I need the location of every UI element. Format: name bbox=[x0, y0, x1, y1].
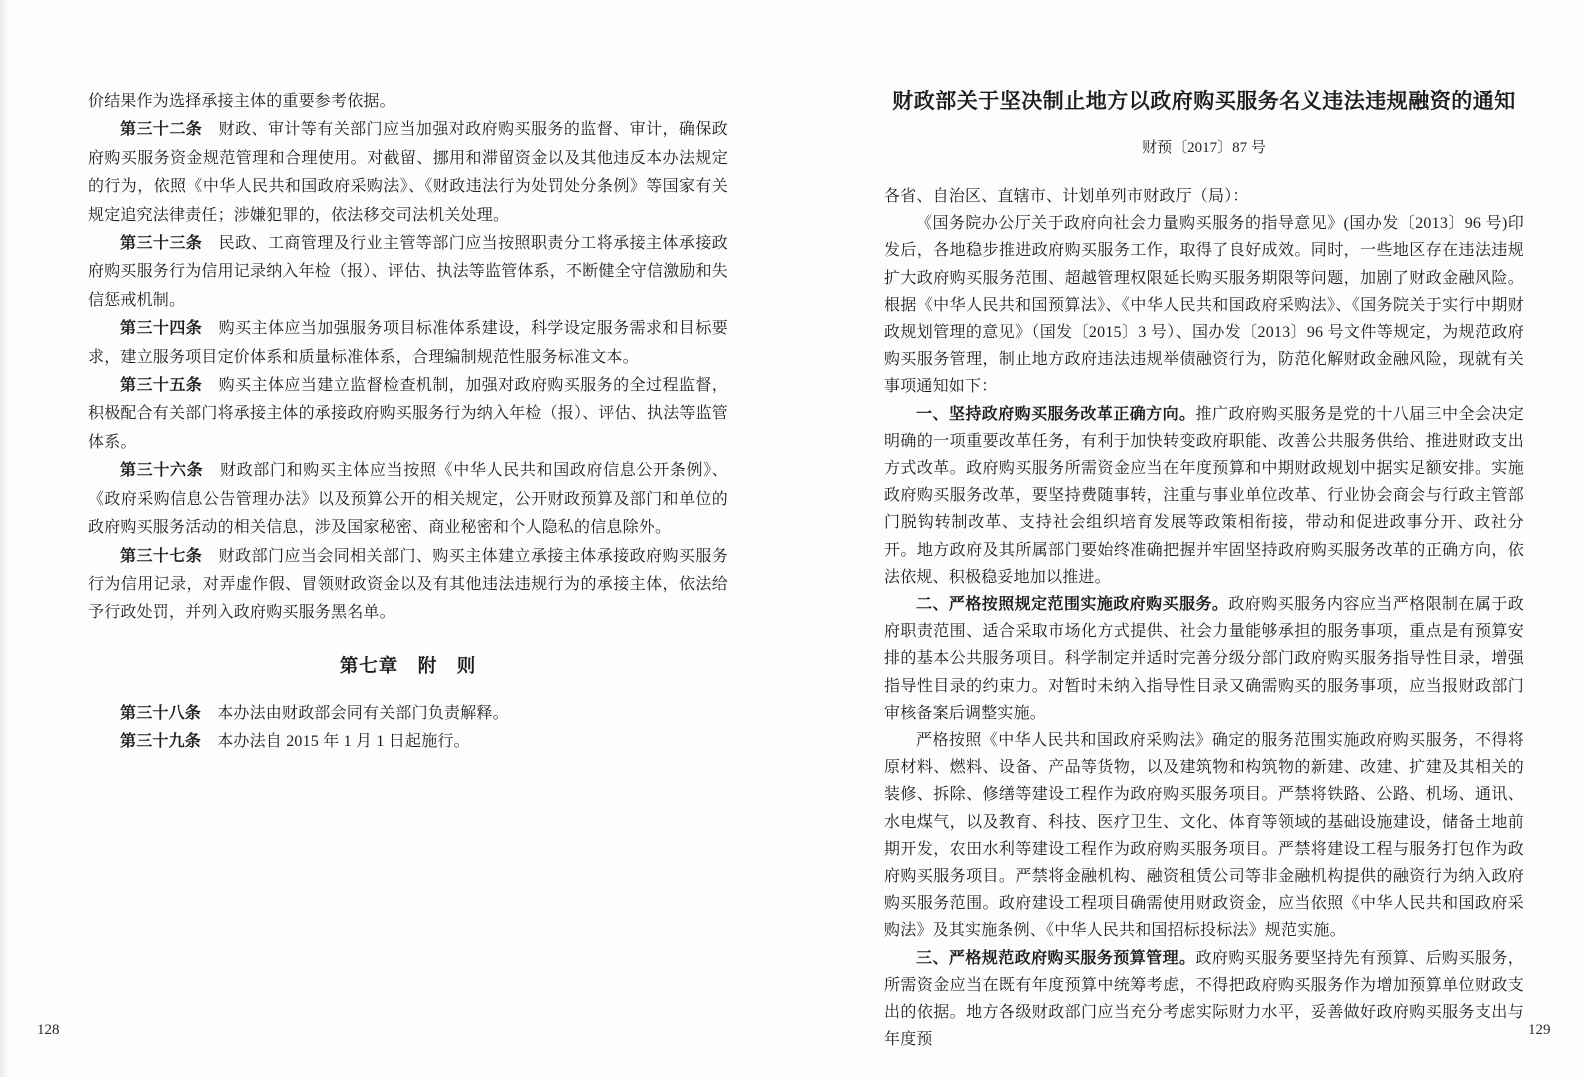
section-lead: 二、严格按照规定范围实施政府购买服务。 bbox=[916, 596, 1228, 613]
article-lead: 第三十二条 bbox=[120, 121, 219, 138]
spacer bbox=[884, 157, 1524, 183]
left-page: 价结果作为选择承接主体的重要参考依据。 第三十二条 财政、审计等有关部门应当加强… bbox=[88, 88, 728, 757]
article-lead: 第三十七条 bbox=[120, 548, 219, 565]
paragraph: 第三十五条 购买主体应当建立监督检查机制，加强对政府购买服务的全过程监督，积极配… bbox=[88, 372, 728, 457]
page-title: 财政部关于坚决制止地方以政府购买服务名义违法违规融资的通知 bbox=[884, 86, 1524, 116]
book-gutter-shadow bbox=[0, 0, 8, 1077]
paragraph: 《国务院办公厅关于政府向社会力量购买服务的指导意见》(国办发〔2013〕96 号… bbox=[884, 210, 1524, 400]
paragraph-text: 推广政府购买服务是党的十八届三中全会决定明确的一项重要改革任务，有利于加快转变政… bbox=[884, 406, 1524, 586]
article-lead: 第三十九条 bbox=[120, 733, 217, 750]
chapter-heading: 第七章 附 则 bbox=[88, 652, 728, 678]
article-lead: 第三十六条 bbox=[120, 462, 220, 479]
section-lead: 三、严格规范政府购买服务预算管理。 bbox=[916, 950, 1195, 967]
paragraph: 第三十七条 财政部门应当会同相关部门、购买主体建立承接主体承接政府购买服务行为信… bbox=[88, 543, 728, 628]
paragraph: 第三十九条 本办法自 2015 年 1 月 1 日起施行。 bbox=[88, 728, 728, 756]
page-number-left: 128 bbox=[37, 1022, 60, 1039]
salutation: 各省、自治区、直辖市、计划单列市财政厅（局）： bbox=[884, 183, 1524, 210]
paragraph-text: 政府购买服务内容应当严格限制在属于政府职责范围、适合采取市场化方式提供、社会力量… bbox=[884, 596, 1524, 722]
paragraph-text: 本办法自 2015 年 1 月 1 日起施行。 bbox=[217, 733, 470, 750]
article-lead: 第三十四条 bbox=[120, 320, 219, 337]
paragraph: 价结果作为选择承接主体的重要参考依据。 bbox=[88, 88, 728, 116]
section-lead: 一、坚持政府购买服务改革正确方向。 bbox=[916, 406, 1195, 423]
page-number-right: 129 bbox=[1528, 1022, 1551, 1039]
paragraph: 一、坚持政府购买服务改革正确方向。推广政府购买服务是党的十八届三中全会决定明确的… bbox=[884, 401, 1524, 591]
article-lead: 第三十五条 bbox=[120, 377, 219, 394]
right-page: 财政部关于坚决制止地方以政府购买服务名义违法违规融资的通知 财预〔2017〕87… bbox=[884, 86, 1524, 1054]
paragraph: 二、严格按照规定范围实施政府购买服务。政府购买服务内容应当严格限制在属于政府职责… bbox=[884, 591, 1524, 727]
paragraph: 第三十三条 民政、工商管理及行业主管等部门应当按照职责分工将承接主体承接政府购买… bbox=[88, 230, 728, 315]
paragraph-text: 价结果作为选择承接主体的重要参考依据。 bbox=[88, 93, 396, 110]
article-lead: 第三十八条 bbox=[120, 705, 217, 722]
paragraph: 第三十六条 财政部门和购买主体应当按照《中华人民共和国政府信息公开条例》、《政府… bbox=[88, 457, 728, 542]
paragraph: 严格按照《中华人民共和国政府采购法》确定的服务范围实施政府购买服务，不得将原材料… bbox=[884, 727, 1524, 945]
article-lead: 第三十三条 bbox=[120, 235, 219, 252]
doc-number: 财预〔2017〕87 号 bbox=[884, 136, 1524, 157]
paragraph-text: 严格按照《中华人民共和国政府采购法》确定的服务范围实施政府购买服务，不得将原材料… bbox=[884, 732, 1524, 939]
paragraph: 第三十四条 购买主体应当加强服务项目标准体系建设，科学设定服务需求和目标要求，建… bbox=[88, 315, 728, 372]
paragraph: 第三十二条 财政、审计等有关部门应当加强对政府购买服务的监督、审计，确保政府购买… bbox=[88, 116, 728, 230]
paragraph-text: 本办法由财政部会同有关部门负责解释。 bbox=[217, 705, 509, 722]
paragraph-text: 《国务院办公厅关于政府向社会力量购买服务的指导意见》(国办发〔2013〕96 号… bbox=[884, 215, 1524, 395]
paragraph: 第三十八条 本办法由财政部会同有关部门负责解释。 bbox=[88, 700, 728, 728]
paragraph: 三、严格规范政府购买服务预算管理。政府购买服务要坚持先有预算、后购买服务，所需资… bbox=[884, 945, 1524, 1054]
